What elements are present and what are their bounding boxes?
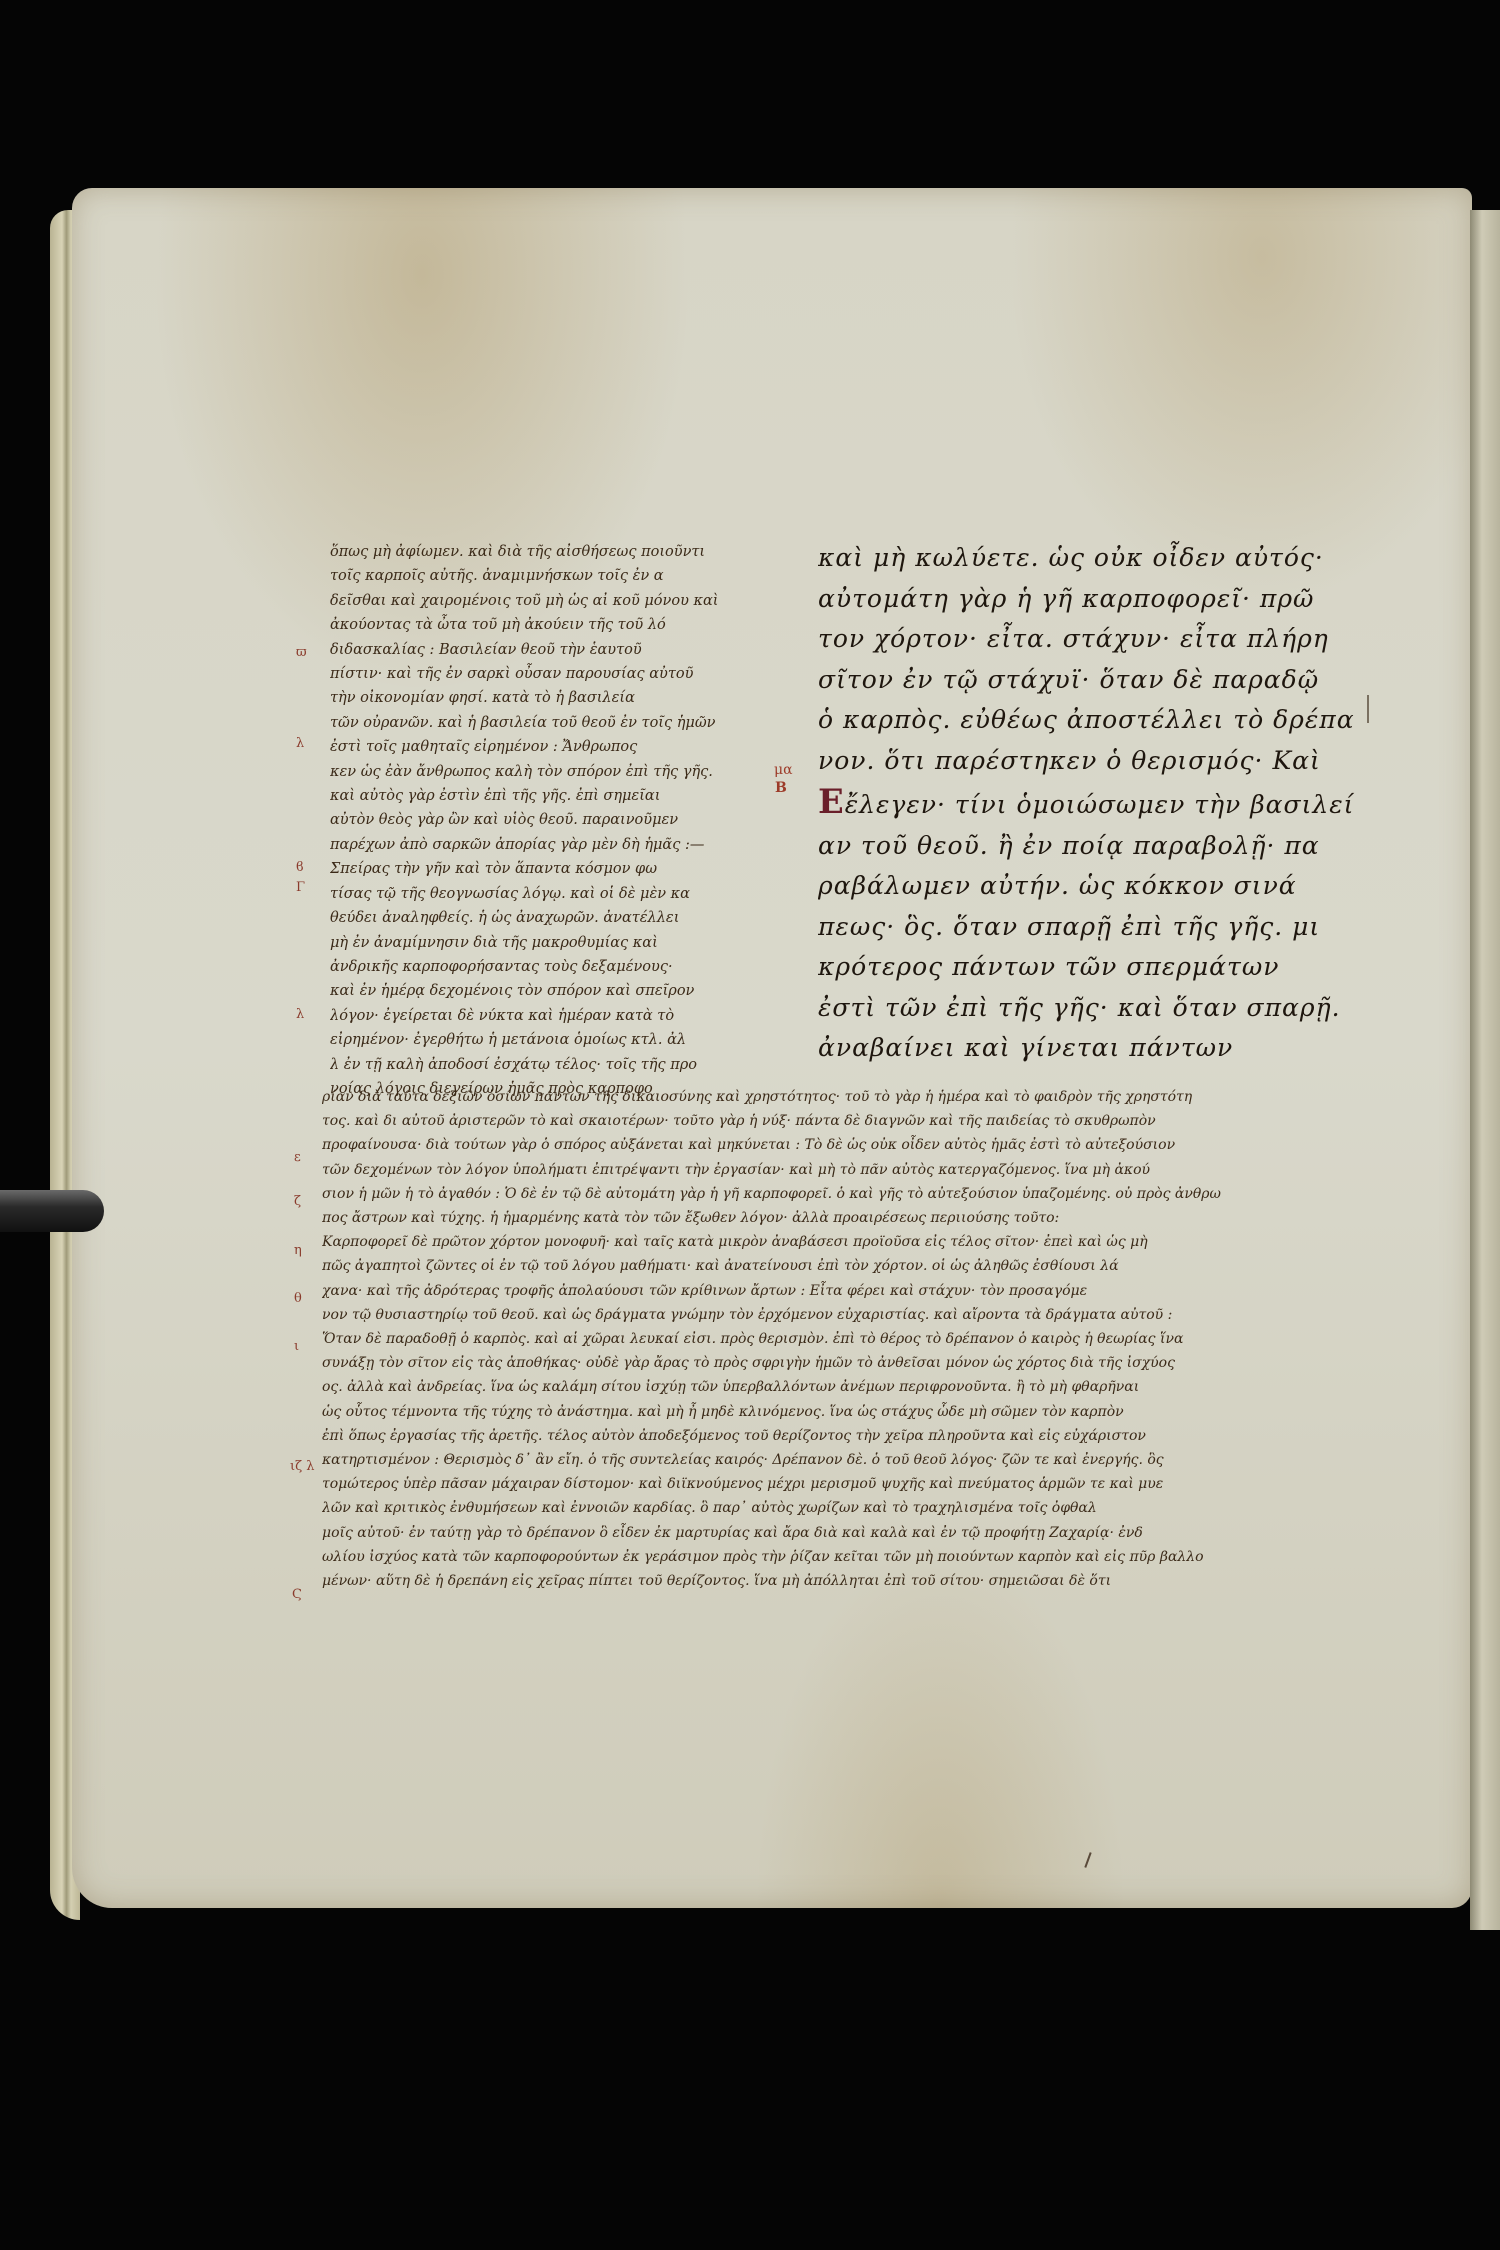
margin-section-number: ιζ λ [290, 1459, 315, 1474]
main-line: τον χόρτον· εἶτα. στάχυν· εἶτα πλήρη [818, 619, 1378, 660]
gloss-line: ἀνδρικῆς καρποφορήσαντας τοὺς δεξαμένους… [330, 955, 750, 979]
commentary-line: μένων· αὕτη δὲ ἡ δρεπάνη εἰς χεῖρας πίπτ… [322, 1569, 1372, 1593]
margin-section-number: λ [296, 736, 304, 751]
margin-section-number: ζ [294, 1194, 301, 1209]
gloss-line: καὶ αὐτὸς γὰρ ἐστὶν ἐπὶ τῆς γῆς. ἐπὶ σημ… [330, 784, 750, 808]
binding-gutter [1470, 210, 1500, 1930]
gloss-line: τοῖς καρποῖς αὐτῆς. ἀναμιμνήσκων τοῖς ἐν… [330, 564, 750, 588]
main-line: ραβάλωμεν αὐτήν. ὡς κόκκον σινά [818, 866, 1378, 907]
gloss-line: λόγον· ἐγείρεται δὲ νύκτα καὶ ἡμέραν κατ… [330, 1004, 750, 1028]
main-line: νον. ὅτι παρέστηκεν ὁ θερισμός· Καὶ [818, 741, 1378, 782]
main-line: ἀναβαίνει καὶ γίνεται πάντων [818, 1028, 1378, 1069]
margin-section-number: θ [294, 1291, 302, 1306]
gloss-line: πίστιν· καὶ τῆς ἐν σαρκὶ οὖσαν παρουσίας… [330, 662, 750, 686]
commentary-line: ρίαν διὰ ταῦτα δεξιῶν ὁσίων πάντων τῆς δ… [322, 1085, 1372, 1109]
commentary-line: πος ἄστρων καὶ τύχης. ἡ ἡμαρμένης κατὰ τ… [322, 1206, 1372, 1230]
gloss-line: τῶν οὐρανῶν. καὶ ἡ βασιλεία τοῦ θεοῦ ἐν … [330, 711, 750, 735]
gloss-line: ἐστὶ τοῖς μαθηταῖς εἰρημένον : Ἄνθρωπος [330, 735, 750, 759]
commentary-line: λῶν καὶ κριτικὸς ἐνθυμήσεων καὶ ἐννοιῶν … [322, 1496, 1372, 1520]
gloss-line: ἀκούοντας τὰ ὦτα τοῦ μὴ ἀκούειν τῆς τοῦ … [330, 613, 750, 637]
gloss-line: διδασκαλίας : Βασιλείαν θεοῦ τὴν ἑαυτοῦ [330, 638, 750, 662]
gloss-line: τὴν οἰκονομίαν φησί. κατὰ τὸ ἡ βασιλεία [330, 686, 750, 710]
commentary-line: ωλίου ἰσχύος κατὰ τῶν καρποφορούντων ἐκ … [322, 1545, 1372, 1569]
commentary-line: σιον ἡ μῶν ἡ τὸ ἀγαθόν : Ὁ δὲ ἐν τῷ δὲ α… [322, 1182, 1372, 1206]
commentary-line: νον τῷ θυσιαστηρίῳ τοῦ θεοῦ. καὶ ὡς δράγ… [322, 1303, 1372, 1327]
gloss-line: δεῖσθαι καὶ χαιρομένοις τοῦ μὴ ὡς αἰ κοῦ… [330, 589, 750, 613]
gloss-line: λ ἐν τῇ καλὴ ἀποδοσί ἐσχάτῳ τέλος· τοῖς … [330, 1053, 750, 1077]
gloss-line: θεύδει ἀναληφθείς. ἡ ὡς ἀναχωρῶν. ἀνατέλ… [330, 906, 750, 930]
margin-section-number: Ϛ [292, 1587, 302, 1602]
margin-section-number: λ [296, 1007, 304, 1022]
main-line-with-initial: Εἔλεγεν· τίνι ὁμοιώσωμεν τὴν βασιλεί [818, 781, 1378, 826]
main-line: πεως· ὃς. ὅταν σπαρῇ ἐπὶ τῆς γῆς. μι [818, 907, 1378, 948]
section-number-mark: Β [775, 780, 787, 796]
gloss-line: αὐτὸν θεὸς γὰρ ὢν καὶ υἱὸς θεοῦ. παραινο… [330, 808, 750, 832]
commentary-line: τῶν δεχομένων τὸν λόγον ὑπολήματι ἐπιτρέ… [322, 1158, 1372, 1182]
main-line: αὐτομάτη γὰρ ἡ γῆ καρποφορεῖ· πρῶ [818, 579, 1378, 620]
main-line: σῖτον ἐν τῷ στάχυϊ· ὅταν δὲ παραδῷ [818, 660, 1378, 701]
commentary-block: ρίαν διὰ ταῦτα δεξιῶν ὁσίων πάντων τῆς δ… [322, 1085, 1372, 1593]
commentary-line: τος. καὶ δι αὐτοῦ ἀριστερῶν τὸ καὶ σκαιο… [322, 1109, 1372, 1133]
main-line: ἐστὶ τῶν ἐπὶ τῆς γῆς· καὶ ὅταν σπαρῇ. [818, 988, 1378, 1029]
section-number-mark: μα [774, 762, 793, 778]
gloss-line: μὴ ἐν ἀναμίμνησιν διὰ τῆς μακροθυμίας κα… [330, 931, 750, 955]
commentary-line: κατηρτισμένον : Θερισμὸς δ᾿ ἂν εἴη. ὁ τῆ… [322, 1448, 1372, 1472]
page-clamp [0, 1190, 104, 1232]
commentary-line: ὡς οὗτος τέμνοντα τῆς τύχης τὸ ἀνάστημα.… [322, 1400, 1372, 1424]
main-line: καὶ μὴ κωλύετε. ὡς οὐκ οἶδεν αὐτός· [818, 538, 1378, 579]
commentary-line: μοῖς αὐτοῦ· ἐν ταύτῃ γὰρ τὸ δρέπανον ὃ ε… [322, 1521, 1372, 1545]
commentary-line: προφαίνουσα· διὰ τούτων γὰρ ὁ σπόρος αὐξ… [322, 1133, 1372, 1157]
gloss-line: εἰρημένον· ἐγερθήτω ἡ μετάνοια ὁμοίως κτ… [330, 1028, 750, 1052]
commentary-line: Καρποφορεῖ δὲ πρῶτον χόρτον μονοφυῆ· καὶ… [322, 1230, 1372, 1254]
commentary-line: ἐπὶ ὅπως ἐργασίας τῆς ἀρετῆς. τέλος αὐτὸ… [322, 1424, 1372, 1448]
main-text-column: καὶ μὴ κωλύετε. ὡς οὐκ οἶδεν αὐτός· αὐτο… [818, 538, 1378, 1069]
gloss-line: παρέχων ἀπὸ σαρκῶν ἀπορίας γὰρ μὲν δὴ ἡμ… [330, 833, 750, 857]
margin-stroke [1367, 695, 1369, 723]
gloss-line: τίσας τῷ τῆς θεογνωσίας λόγῳ. καὶ οἱ δὲ … [330, 882, 750, 906]
margin-section-number: ε [294, 1150, 301, 1165]
main-line: κρότερος πάντων τῶν σπερμάτων [818, 947, 1378, 988]
catena-gloss-column: ὅπως μὴ ἀφίωμεν. καὶ διὰ τῆς αἰσθήσεως π… [330, 540, 750, 1101]
gloss-line: Σπείρας τὴν γῆν καὶ τὸν ἅπαντα κόσμον φω [330, 857, 750, 881]
commentary-line: πῶς ἀγαπητοὶ ζῶντες οἱ ἐν τῷ τοῦ λόγου μ… [322, 1254, 1372, 1278]
margin-section-number: ϐ [296, 860, 304, 875]
commentary-line: χανα· καὶ τῆς ἀδρότερας τροφῆς ἀπολαύουσ… [322, 1279, 1372, 1303]
decorated-initial: Ε [818, 781, 845, 821]
gloss-line: ὅπως μὴ ἀφίωμεν. καὶ διὰ τῆς αἰσθήσεως π… [330, 540, 750, 564]
commentary-line: τομώτερος ὑπὲρ πᾶσαν μάχαιραν δίστομον· … [322, 1472, 1372, 1496]
margin-section-number: ϖ [296, 645, 307, 660]
margin-section-number: Γ [296, 880, 305, 895]
main-line: ὁ καρπὸς. εὐθέως ἀποστέλλει τὸ δρέπα [818, 700, 1378, 741]
gloss-line: καὶ ἐν ἡμέρᾳ δεχομένοις τὸν σπόρον καὶ σ… [330, 979, 750, 1003]
commentary-line: συνάξῃ τὸν σῖτον εἰς τὰς ἀποθήκας· οὐδὲ … [322, 1351, 1372, 1375]
margin-section-number: ι [294, 1339, 299, 1354]
commentary-line: Ὅταν δὲ παραδοθῇ ὁ καρπὸς. καὶ αἱ χῶραι … [322, 1327, 1372, 1351]
gloss-line: κεν ὡς ἐὰν ἄνθρωπος καλὴ τὸν σπόρον ἐπὶ … [330, 760, 750, 784]
commentary-line: ος. ἀλλὰ καὶ ἀνδρείας. ἵνα ὡς καλάμη σίτ… [322, 1375, 1372, 1399]
margin-section-number: η [294, 1243, 302, 1258]
main-line: αν τοῦ θεοῦ. ἢ ἐν ποίᾳ παραβολῇ· πα [818, 826, 1378, 867]
